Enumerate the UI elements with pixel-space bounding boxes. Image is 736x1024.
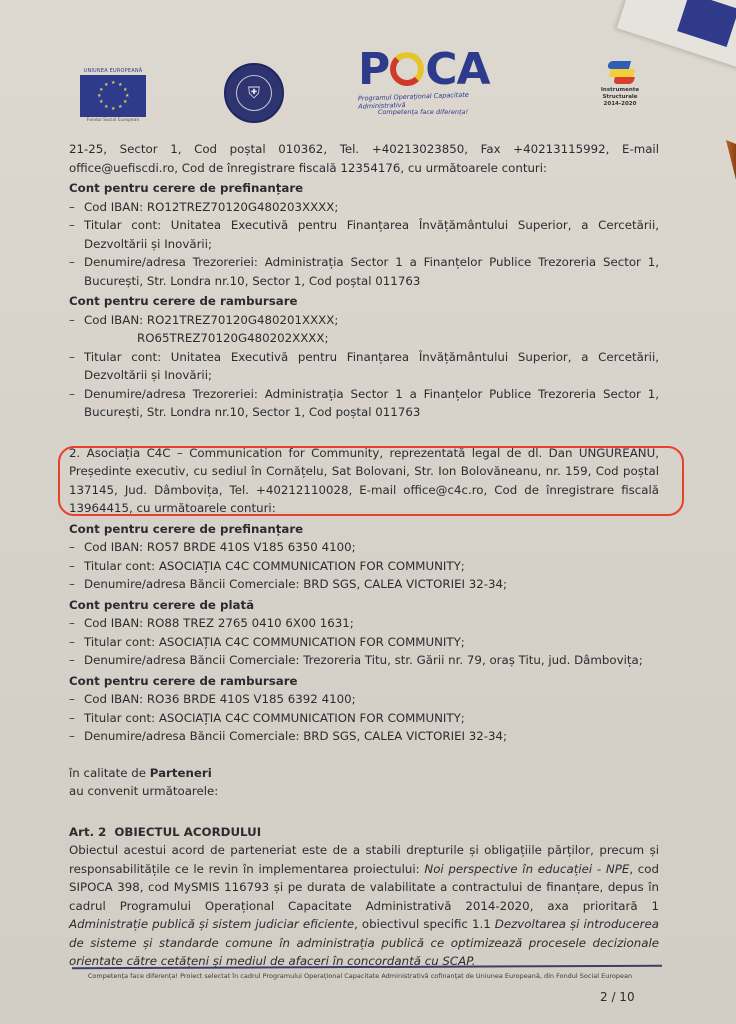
poca-letters-ca: CA (425, 44, 489, 95)
tricolor-swoosh-icon (600, 53, 640, 87)
is-logo-years: 2014-2020 (590, 101, 650, 108)
government-logo: ⛨ (224, 63, 284, 123)
account-bank: Denumire/adresa Trezoreriei: Administraț… (69, 385, 659, 422)
poca-logo: PCA Programul Operațional Capacitate Adm… (358, 48, 508, 116)
table-edge (726, 140, 736, 180)
document-page: UNIUNEA EUROPEANĂ ★★ ★★ ★★ ★★ ★★ ★★ Fond… (0, 0, 736, 1024)
account-iban: Cod IBAN: RO88 TREZ 2765 0410 6X00 1631; (69, 614, 659, 633)
closing-line1: în calitate de Parteneri (69, 764, 659, 783)
account-heading: Cont pentru cerere de prefinanțare (69, 520, 659, 539)
eu-logo: UNIUNEA EUROPEANĂ ★★ ★★ ★★ ★★ ★★ ★★ Fond… (80, 68, 146, 123)
page-number: 2 / 10 (600, 990, 635, 1004)
account-heading: Cont pentru cerere de rambursare (69, 672, 659, 691)
party1-address-line2: office@uefiscdi.ro, Cod de înregistrare … (69, 159, 659, 178)
header-logos: UNIUNEA EUROPEANĂ ★★ ★★ ★★ ★★ ★★ ★★ Fond… (78, 48, 658, 128)
party2-account-plata: Cont pentru cerere de plată Cod IBAN: RO… (69, 596, 659, 670)
is-logo-label: Instrumente Structurale (590, 87, 650, 101)
account-iban: Cod IBAN: RO36 BRDE 410S V185 6392 4100; (69, 690, 659, 709)
account-holder: Titular cont: ASOCIAȚIA C4C COMMUNICATIO… (69, 557, 659, 576)
footer-text: Competența face diferența! Proiect selec… (80, 972, 640, 981)
account-iban: Cod IBAN: RO57 BRDE 410S V185 6350 4100; (69, 538, 659, 557)
parteneri-label: Parteneri (150, 766, 212, 780)
account-iban-secondary: RO65TREZ70120G480202XXXX; (69, 329, 659, 348)
account-heading: Cont pentru cerere de rambursare (69, 292, 659, 311)
account-holder: Titular cont: Unitatea Executivă pentru … (69, 216, 659, 253)
account-holder: Titular cont: ASOCIAȚIA C4C COMMUNICATIO… (69, 709, 659, 728)
party1-account-prefinantare: Cont pentru cerere de prefinanțare Cod I… (69, 179, 659, 290)
party1-account-rambursare: Cont pentru cerere de rambursare Cod IBA… (69, 292, 659, 422)
poca-letter-p: P (358, 44, 389, 95)
party2-highlight-box (58, 446, 684, 516)
poca-wordmark: PCA (358, 48, 508, 92)
account-holder: Titular cont: ASOCIAȚIA C4C COMMUNICATIO… (69, 633, 659, 652)
article-2-heading: Art. 2OBIECTUL ACORDULUI (69, 823, 659, 842)
document-body: 21-25, Sector 1, Cod poștal 010362, Tel.… (69, 140, 659, 971)
account-heading: Cont pentru cerere de prefinanțare (69, 179, 659, 198)
account-iban: Cod IBAN: RO12TREZ70120G480203XXXX; (69, 198, 659, 217)
account-bank: Denumire/adresa Băncii Comerciale: BRD S… (69, 727, 659, 746)
eu-flag-icon: ★★ ★★ ★★ ★★ ★★ ★★ (80, 75, 146, 117)
poca-ring-icon (390, 52, 424, 86)
account-holder: Titular cont: Unitatea Executivă pentru … (69, 348, 659, 385)
party2-account-prefinantare: Cont pentru cerere de prefinanțare Cod I… (69, 520, 659, 594)
party2-account-rambursare: Cont pentru cerere de rambursare Cod IBA… (69, 672, 659, 746)
eu-logo-subtitle: Fondul Social European (80, 118, 146, 123)
account-iban: Cod IBAN: RO21TREZ70120G480201XXXX; (69, 311, 659, 330)
account-bank: Denumire/adresa Băncii Comerciale: Trezo… (69, 651, 659, 670)
article-2-paragraph: Obiectul acestui acord de parteneriat es… (69, 841, 659, 971)
closing-line2: au convenit următoarele: (69, 782, 659, 801)
romania-coat-of-arms-icon: ⛨ (236, 75, 272, 111)
account-bank: Denumire/adresa Trezoreriei: Administraț… (69, 253, 659, 290)
account-bank: Denumire/adresa Băncii Comerciale: BRD S… (69, 575, 659, 594)
account-heading: Cont pentru cerere de plată (69, 596, 659, 615)
instrumente-structurale-logo: Instrumente Structurale 2014-2020 (590, 53, 650, 108)
eu-logo-label: UNIUNEA EUROPEANĂ (80, 68, 146, 74)
party1-address-line1: 21-25, Sector 1, Cod poștal 010362, Tel.… (69, 140, 659, 159)
